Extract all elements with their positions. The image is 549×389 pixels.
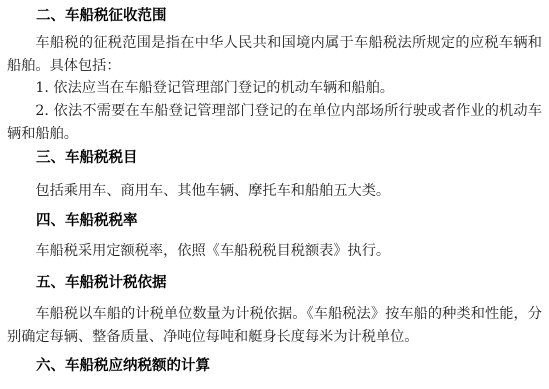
section-heading: 二、车船税征收范围 xyxy=(7,6,542,27)
section-levy-scope: 二、车船税征收范围 车船税的征税范围是指在中华人民共和国境内属于车船税法所规定的… xyxy=(7,6,542,146)
section-heading: 四、车船税税率 xyxy=(7,211,542,232)
paragraph: 车船税的征税范围是指在中华人民共和国境内属于车船税法所规定的应税车辆和船舶。具体… xyxy=(7,32,542,77)
section-tax-rate: 四、车船税税率 车船税采用定额税率，依照《车船税税目税额表》执行。 xyxy=(7,211,542,263)
section-tax-basis: 五、车船税计税依据 车船税以车船的计税单位数量为计税依据。《车船税法》按车船的种… xyxy=(7,273,542,348)
numbered-item: 2. 依法不需要在车船登记管理部门登记的在单位内部场所行驶或者作业的机动车辆和船… xyxy=(7,100,542,145)
paragraph: 车船税采用定额税率，依照《车船税税目税额表》执行。 xyxy=(7,240,542,263)
section-heading: 六、车船税应纳税额的计算 xyxy=(7,356,542,377)
section-tax-calculation: 六、车船税应纳税额的计算 xyxy=(7,356,542,377)
section-tax-items: 三、车船税税目 包括乘用车、商用车、其他车辆、摩托车和船舶五大类。 xyxy=(7,148,542,203)
section-heading: 三、车船税税目 xyxy=(7,148,542,169)
paragraph: 车船税以车船的计税单位数量为计税依据。《车船税法》按车船的种类和性能，分别确定每… xyxy=(7,303,542,348)
section-heading: 五、车船税计税依据 xyxy=(7,273,542,294)
paragraph: 包括乘用车、商用车、其他车辆、摩托车和船舶五大类。 xyxy=(7,180,542,203)
document-page: 二、车船税征收范围 车船税的征税范围是指在中华人民共和国境内属于车船税法所规定的… xyxy=(0,0,549,389)
numbered-item: 1. 依法应当在车船登记管理部门登记的机动车辆和船舶。 xyxy=(7,77,542,100)
